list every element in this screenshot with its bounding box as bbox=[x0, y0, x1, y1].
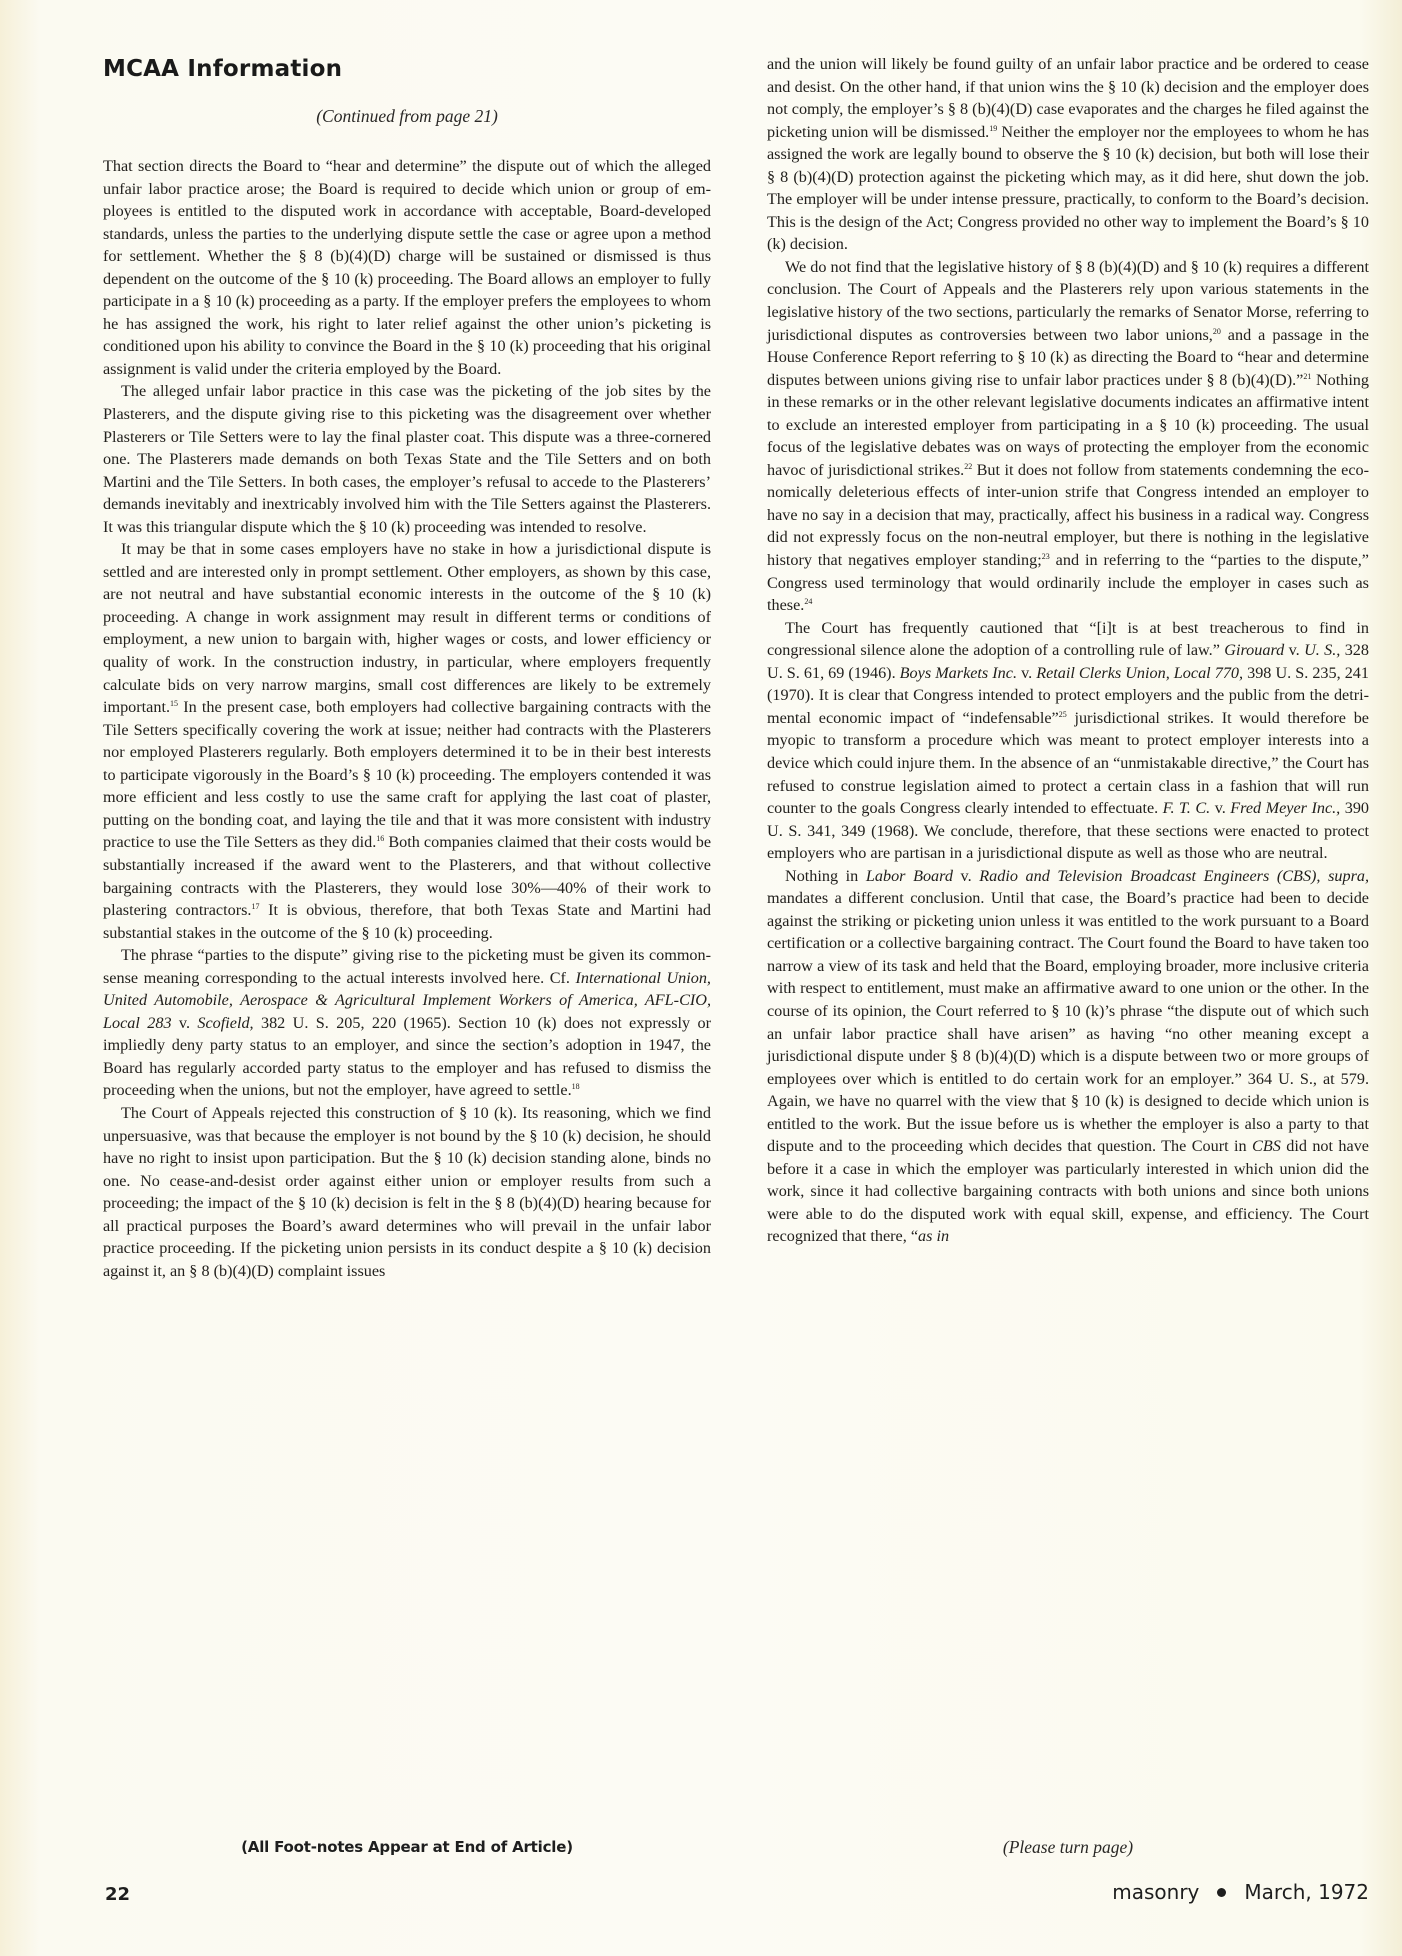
section-header: MCAA Information bbox=[103, 56, 342, 82]
text-run: v. bbox=[172, 1014, 198, 1032]
case-citation: Labor Board bbox=[866, 867, 953, 885]
case-citation: Fred Meyer Inc., bbox=[1230, 799, 1340, 817]
footnote-ref: 20 bbox=[1213, 327, 1221, 336]
paragraph: Nothing in Labor Board v. Radio and Tele… bbox=[767, 865, 1369, 1248]
case-citation: F. T. C. bbox=[1163, 799, 1211, 817]
text-run: Nothing in bbox=[785, 867, 866, 885]
paragraph: We do not find that the legislative hist… bbox=[767, 256, 1369, 617]
case-citation: as in bbox=[918, 1227, 949, 1245]
text-run: v. bbox=[953, 867, 979, 885]
text-run: It may be that in some cases employers h… bbox=[103, 540, 711, 716]
paragraph: That section directs the Board to “hear … bbox=[103, 155, 711, 380]
footnote-ref: 22 bbox=[964, 462, 972, 471]
text-run: Neither the employer nor the employees t… bbox=[767, 123, 1369, 254]
text-run: v. bbox=[1017, 664, 1036, 682]
continued-from-note: (Continued from page 21) bbox=[103, 106, 711, 127]
magazine-page: MCAA Information (Continued from page 21… bbox=[0, 0, 1402, 1956]
paragraph: and the union will likely be found guilt… bbox=[767, 53, 1369, 256]
footnote-ref: 15 bbox=[170, 699, 178, 708]
case-citation: Retail Clerks Union, Local 770, bbox=[1036, 664, 1243, 682]
paragraph: It may be that in some cases employers h… bbox=[103, 538, 711, 944]
case-citation: Girouard bbox=[1224, 641, 1284, 659]
footnote-ref: 18 bbox=[572, 1082, 580, 1091]
text-run: v. bbox=[1284, 641, 1304, 659]
right-column: and the union will likely be found guilt… bbox=[767, 53, 1369, 1248]
turn-page-note: (Please turn page) bbox=[767, 1837, 1369, 1858]
case-citation: Scofield, bbox=[197, 1014, 253, 1032]
paragraph: The phrase “parties to the dispute” givi… bbox=[103, 944, 711, 1102]
bullet-separator-icon bbox=[1217, 1888, 1226, 1897]
text-run: That section directs the Board to “hear … bbox=[103, 157, 711, 378]
text-run: mandates a different conclusion. Until t… bbox=[767, 889, 1369, 1155]
paragraph: The alleged unfair labor practice in thi… bbox=[103, 380, 711, 538]
case-citation: CBS bbox=[1252, 1137, 1281, 1155]
left-column: That section directs the Board to “hear … bbox=[103, 155, 711, 1282]
footnote-ref: 25 bbox=[1059, 710, 1067, 719]
text-run: The alleged unfair labor practice in thi… bbox=[103, 382, 711, 535]
case-citation: U. S., bbox=[1304, 641, 1340, 659]
text-run: v. bbox=[1210, 799, 1230, 817]
footnote-ref: 23 bbox=[1042, 552, 1050, 561]
issue-date: March, 1972 bbox=[1244, 1880, 1369, 1904]
footnotes-note: (All Foot-notes Appear at End of Article… bbox=[103, 1838, 711, 1856]
paragraph: The Court has frequently cautioned that … bbox=[767, 617, 1369, 865]
paragraph: The Court of Appeals rejected this const… bbox=[103, 1102, 711, 1282]
case-citation: Boys Markets Inc. bbox=[900, 664, 1017, 682]
text-run: In the present case, both employers had … bbox=[103, 698, 711, 851]
text-run: The Court of Appeals rejected this const… bbox=[103, 1104, 711, 1280]
page-number: 22 bbox=[105, 1884, 130, 1905]
publication-name: masonry bbox=[1112, 1880, 1199, 1904]
running-footer: masonry March, 1972 bbox=[1112, 1880, 1369, 1904]
footnote-ref: 24 bbox=[804, 597, 812, 606]
case-citation: Radio and Television Broadcast Engineers… bbox=[979, 867, 1369, 885]
